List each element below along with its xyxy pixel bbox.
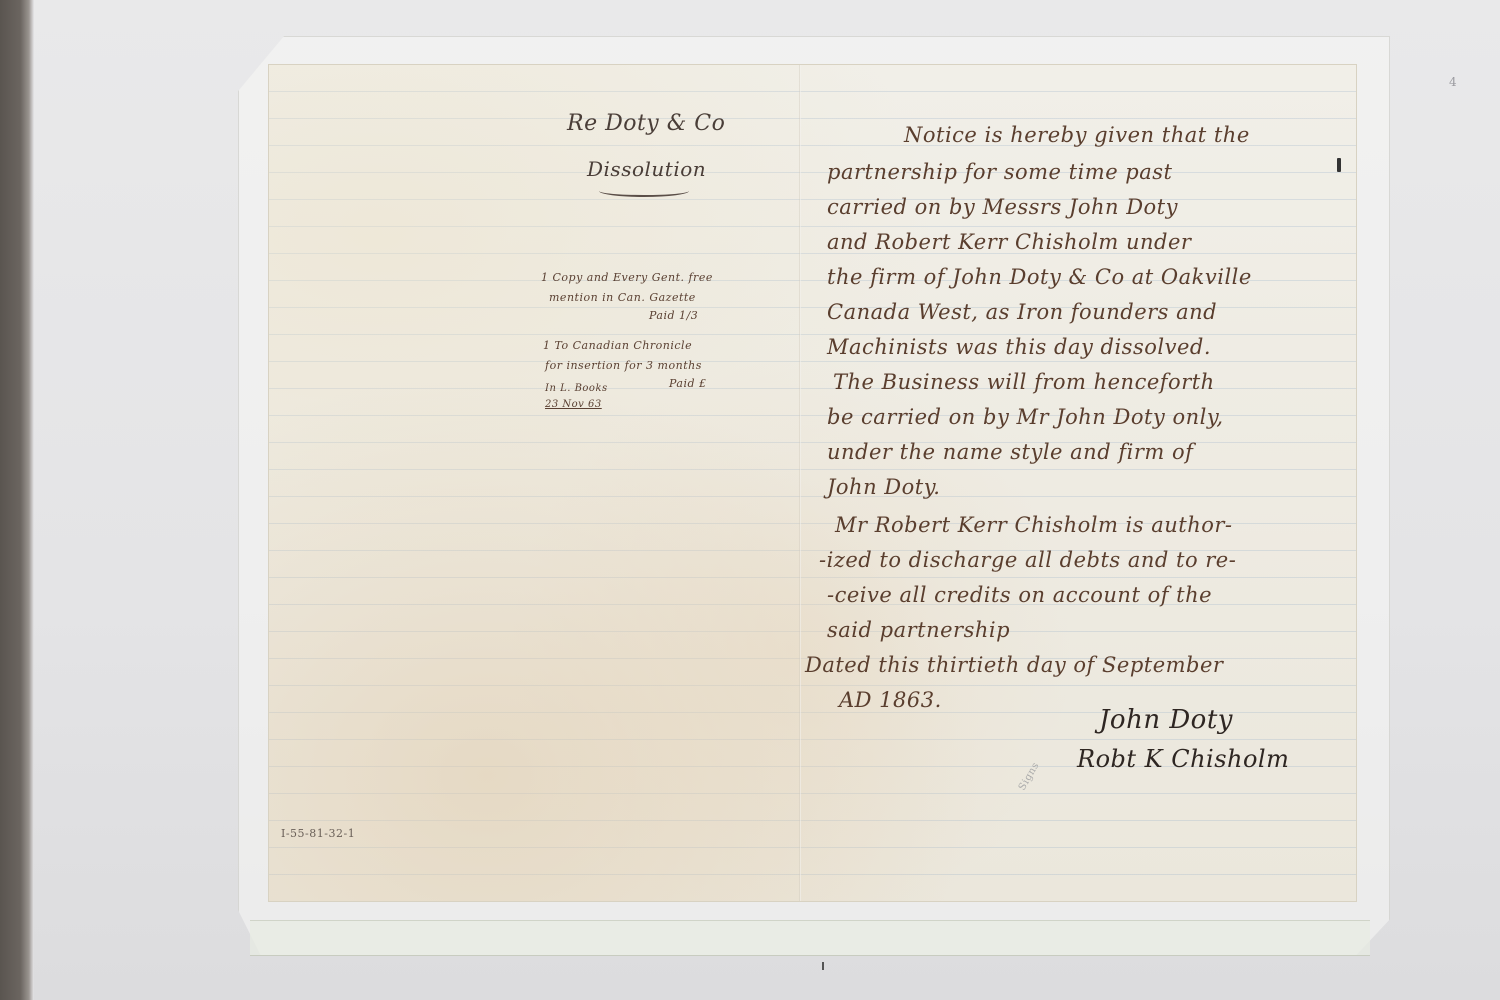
body-line: Machinists was this day dissolved.: [827, 335, 1211, 359]
body-line: be carried on by Mr John Doty only,: [827, 405, 1224, 429]
background-edge: [0, 0, 34, 1000]
body-line: said partnership: [827, 618, 1010, 642]
body-line: AD 1863.: [839, 688, 942, 712]
page-number: 4: [1449, 75, 1457, 89]
body-line: partnership for some time past: [827, 160, 1172, 184]
docket-subtitle: Dissolution: [587, 157, 706, 181]
publication-note: Paid £: [669, 377, 707, 390]
body-line: Dated this thirtieth day of September: [805, 653, 1223, 677]
publication-note: for insertion for 3 months: [545, 359, 702, 372]
body-line: Mr Robert Kerr Chisholm is author-: [835, 513, 1233, 537]
docket-title: Re Doty & Co: [567, 111, 725, 136]
body-line: the firm of John Doty & Co at Oakville: [827, 265, 1252, 289]
body-line: -ceive all credits on account of the: [827, 583, 1212, 607]
publication-note: 1 To Canadian Chronicle: [543, 339, 692, 352]
publication-note: In L. Books: [545, 383, 608, 394]
body-line: John Doty.: [827, 475, 940, 499]
tick-mark: [822, 962, 824, 970]
publication-note: 23 Nov 63: [545, 399, 602, 410]
flourish: [599, 185, 689, 197]
center-fold: [799, 65, 801, 901]
mount-tape: [250, 920, 1370, 956]
margin-mark: [1337, 158, 1341, 172]
catalog-number: I-55-81-32-1: [281, 827, 355, 840]
publication-note: 1 Copy and Every Gent. free: [541, 271, 713, 284]
signature-john-doty: John Doty: [1099, 705, 1233, 735]
body-line: Canada West, as Iron founders and: [827, 300, 1217, 324]
body-line: and Robert Kerr Chisholm under: [827, 230, 1191, 254]
body-line: The Business will from henceforth: [833, 370, 1215, 394]
pencil-annotation: Signs: [1017, 761, 1042, 793]
publication-note: mention in Can. Gazette: [549, 291, 696, 304]
signature-robert-chisholm: Robt K Chisholm: [1077, 745, 1289, 773]
body-line: Notice is hereby given that the: [904, 123, 1250, 147]
publication-note: Paid 1/3: [649, 309, 698, 322]
body-line: under the name style and firm of: [827, 440, 1193, 464]
body-line: -ized to discharge all debts and to re-: [819, 548, 1236, 572]
body-line: carried on by Messrs John Doty: [827, 195, 1178, 219]
document-page: 4 Re Doty & Co Dissolution 1 Copy and Ev…: [268, 64, 1357, 902]
